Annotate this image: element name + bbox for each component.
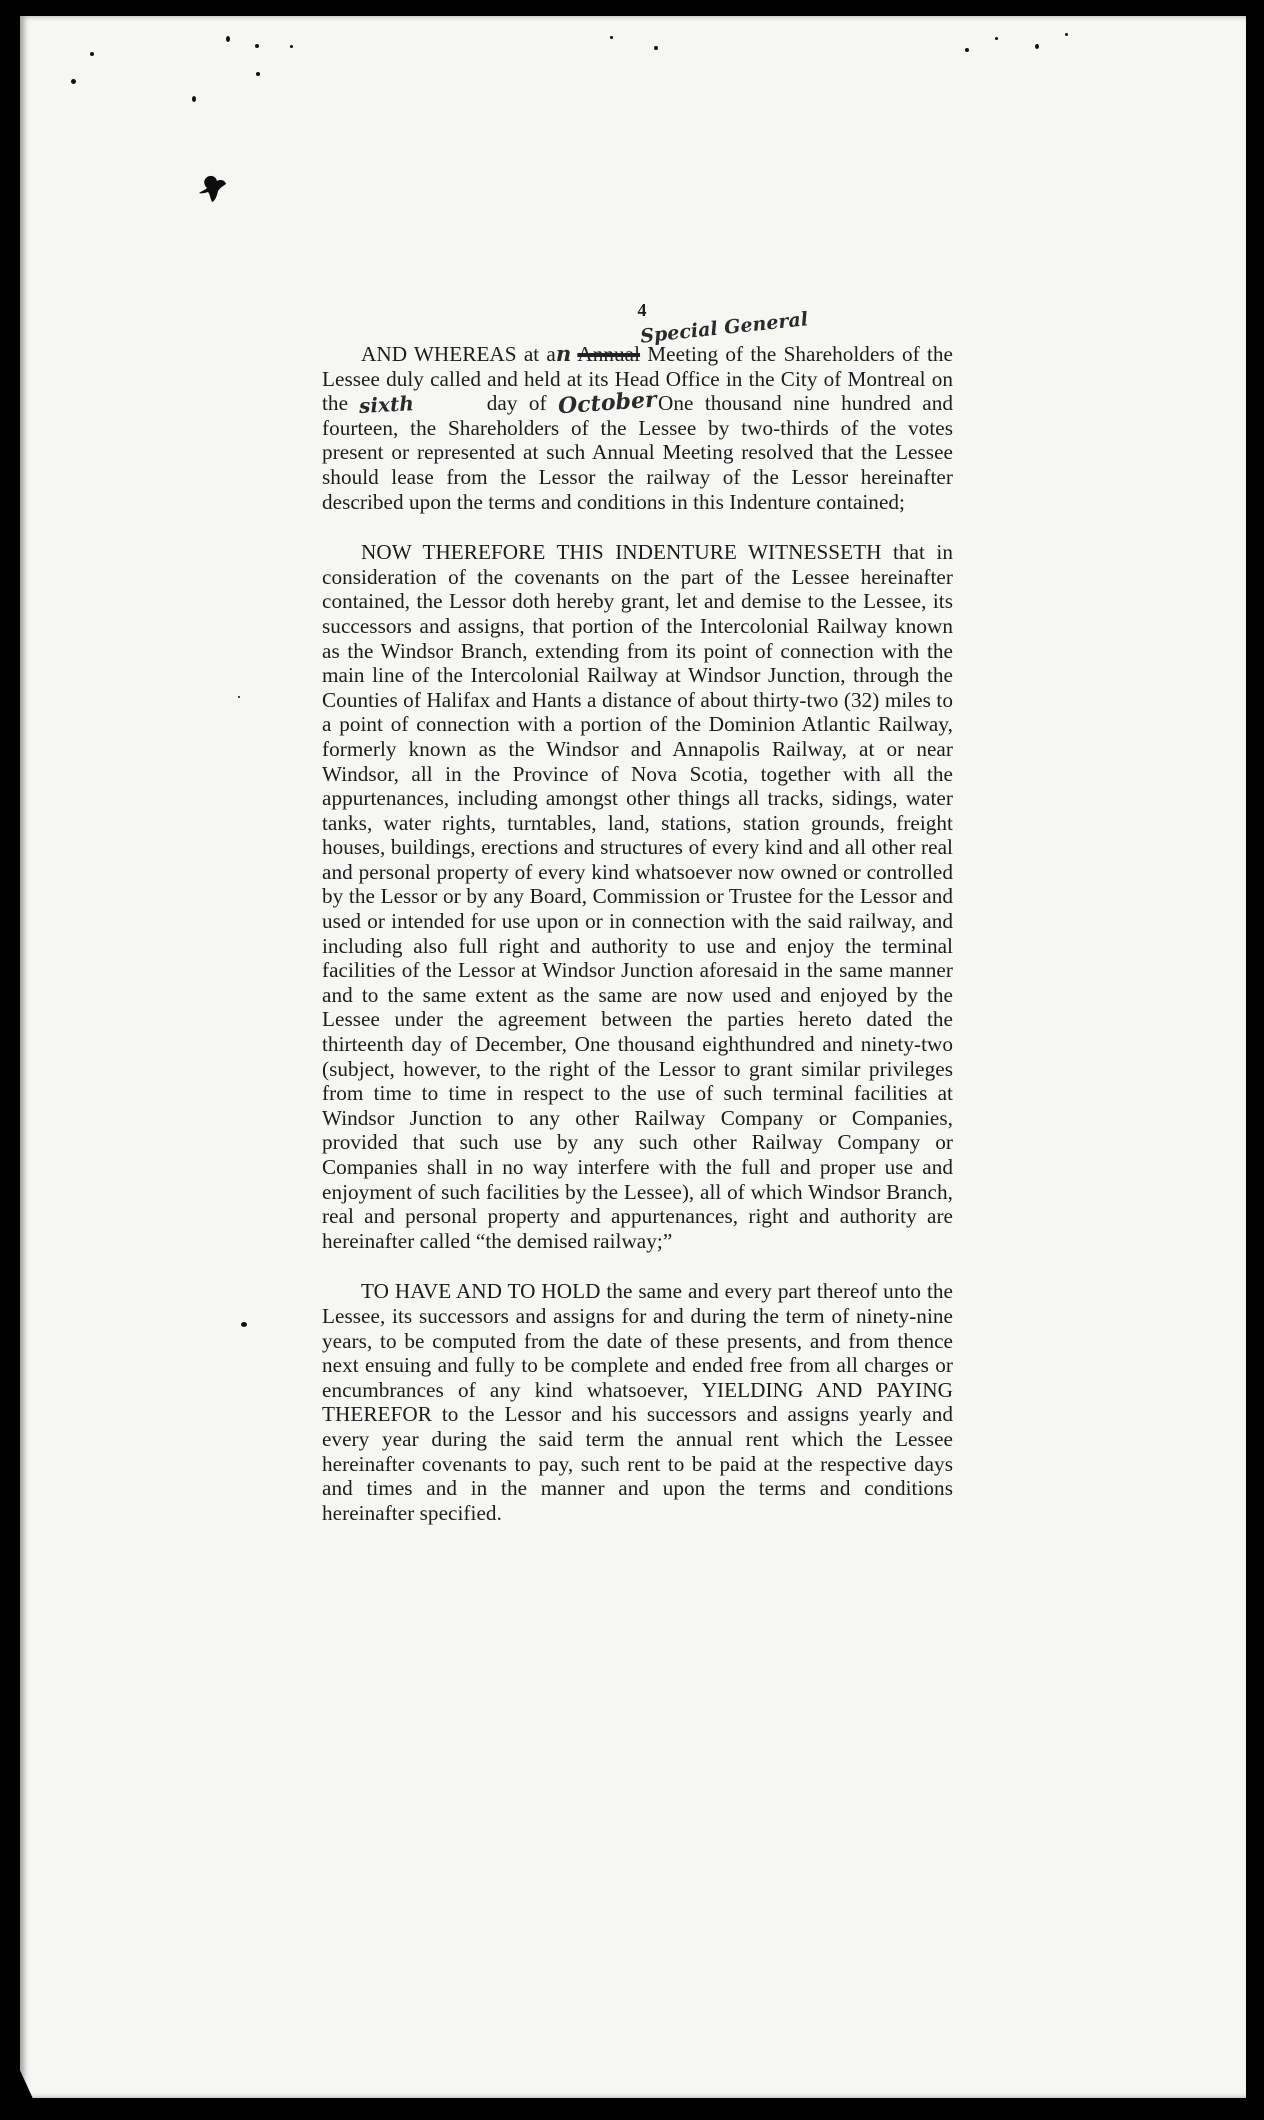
scan-speck	[241, 1322, 247, 1327]
scan-speck	[192, 96, 196, 102]
paragraph-lead: AND WHEREAS at a	[361, 342, 556, 366]
scan-speck	[256, 72, 260, 76]
handwritten-day: sixth	[359, 388, 476, 419]
handwritten-article-correction: n	[556, 341, 571, 366]
scan-speck	[1035, 44, 1039, 49]
scan-speck	[226, 36, 230, 42]
scan-speck	[255, 44, 259, 48]
scan-speck	[654, 46, 658, 50]
paragraph-habendum: TO HAVE AND TO HOLD the same and every p…	[322, 1279, 953, 1525]
document-body: 4 AND WHEREAS at an AnnualSpecial Genera…	[313, 300, 953, 1525]
scan-speck	[238, 696, 240, 698]
ink-blot-icon	[198, 174, 232, 204]
scan-speck	[965, 48, 969, 52]
scan-speck	[610, 36, 613, 39]
paragraph-whereas: AND WHEREAS at an AnnualSpecial General …	[322, 342, 953, 514]
scan-speck	[90, 52, 94, 56]
scan-speck	[290, 45, 293, 48]
paragraph-witnesseth: NOW THEREFORE THIS INDENTURE WITNESSETH …	[322, 540, 953, 1253]
scan-speck	[1065, 33, 1068, 36]
scan-speck	[995, 37, 998, 40]
scanned-page: 4 AND WHEREAS at an AnnualSpecial Genera…	[20, 16, 1246, 2098]
page-number: 4	[331, 300, 953, 320]
paragraph-text: day of	[475, 391, 558, 415]
handwritten-month: October	[557, 388, 657, 419]
scan-speck	[71, 79, 76, 84]
